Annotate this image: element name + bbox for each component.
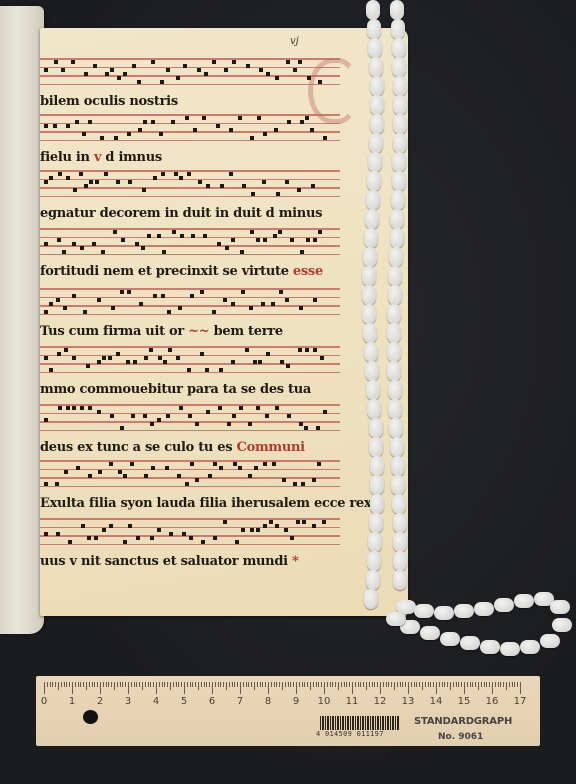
square-note: [302, 520, 306, 524]
square-note: [104, 172, 108, 176]
square-note: [193, 128, 197, 132]
square-note: [313, 298, 317, 302]
square-note: [110, 68, 114, 72]
square-note: [71, 60, 75, 64]
square-note: [126, 360, 130, 364]
ruler-tick: [422, 682, 423, 690]
square-note: [191, 234, 195, 238]
square-note: [233, 462, 237, 466]
ruler-tick: [307, 682, 308, 687]
bead: [393, 114, 407, 134]
ruler-tick: [260, 682, 261, 687]
bead: [393, 95, 407, 115]
square-note: [171, 120, 175, 124]
square-note: [304, 426, 308, 430]
ruler-tick: [164, 682, 165, 687]
square-note: [64, 348, 68, 352]
square-note: [263, 132, 267, 136]
square-note: [250, 136, 254, 140]
ruler-tick: [173, 682, 174, 687]
square-note: [100, 136, 104, 140]
square-note: [144, 474, 148, 478]
square-note: [182, 532, 186, 536]
square-note: [305, 116, 309, 120]
bead: [370, 475, 384, 495]
square-note: [80, 406, 84, 410]
ruler-tick: [386, 682, 387, 687]
ruler-tick: [209, 682, 210, 687]
bead: [391, 456, 405, 476]
square-note: [280, 360, 284, 364]
square-note: [141, 246, 145, 250]
ruler-number: 1: [69, 696, 75, 707]
ruler-tick: [55, 682, 56, 687]
square-note: [306, 238, 310, 242]
square-note: [185, 116, 189, 120]
square-note: [157, 234, 161, 238]
ruler-tick: [148, 682, 149, 687]
square-note: [153, 294, 157, 298]
square-note: [266, 352, 270, 356]
square-note: [94, 536, 98, 540]
lyric-text: fielu in: [40, 150, 90, 165]
bead: [370, 456, 384, 476]
ruler-tick: [388, 682, 389, 687]
square-note: [301, 482, 305, 486]
ruler-tick: [453, 682, 454, 687]
bead: [367, 171, 381, 191]
bead: [414, 604, 434, 618]
square-note: [185, 482, 189, 486]
square-note: [254, 466, 258, 470]
square-note: [44, 310, 48, 314]
ruler-tick: [134, 682, 135, 687]
square-note: [116, 352, 120, 356]
bead: [367, 19, 381, 39]
square-note: [220, 184, 224, 188]
ruler-tick: [265, 682, 266, 687]
ruler-tick: [61, 682, 62, 687]
square-note: [229, 128, 233, 132]
square-note: [231, 302, 235, 306]
bead: [393, 570, 407, 590]
ruler-number: 14: [430, 696, 443, 707]
neumes: [40, 518, 340, 548]
ruler-tick: [514, 682, 515, 687]
ruler-tick: [288, 682, 289, 687]
ruler-tick: [394, 682, 395, 690]
ruler-tick: [414, 682, 415, 687]
ruler-tick: [352, 682, 353, 694]
square-note: [120, 290, 124, 294]
square-note: [293, 68, 297, 72]
ruler-tick: [369, 682, 370, 687]
bead: [370, 95, 384, 115]
square-note: [84, 184, 88, 188]
square-note: [66, 176, 70, 180]
square-note: [208, 474, 212, 478]
square-note: [311, 184, 315, 188]
lyric-tail: bem terre: [209, 324, 282, 339]
bead: [369, 133, 383, 153]
ruler-number: 4: [153, 696, 159, 707]
square-note: [82, 132, 86, 136]
square-note: [58, 406, 62, 410]
square-note: [216, 124, 220, 128]
square-note: [123, 72, 127, 76]
bead: [393, 513, 407, 533]
lyric-text: egnatur decorem in: [40, 206, 178, 221]
square-note: [68, 540, 72, 544]
square-note: [197, 68, 201, 72]
square-note: [313, 238, 317, 242]
square-note: [92, 242, 96, 246]
square-note: [166, 414, 170, 418]
ruler-tick: [212, 682, 213, 694]
ruler-tick: [103, 682, 104, 687]
bead: [392, 57, 406, 77]
square-note: [174, 172, 178, 176]
square-note: [305, 348, 309, 352]
bead: [368, 38, 382, 58]
square-note: [143, 414, 147, 418]
square-note: [117, 76, 121, 80]
square-note: [54, 60, 58, 64]
square-note: [269, 520, 273, 524]
ruler-tick: [195, 682, 196, 687]
square-note: [176, 76, 180, 80]
square-note: [229, 172, 233, 176]
barcode: [320, 716, 400, 730]
ruler-tick: [344, 682, 345, 687]
square-note: [310, 128, 314, 132]
ruler-tick: [341, 682, 342, 687]
ruler-tick: [251, 682, 252, 687]
square-note: [176, 356, 180, 360]
staff-system: [40, 404, 340, 438]
square-note: [157, 528, 161, 532]
square-note: [142, 188, 146, 192]
ruler-tick: [470, 682, 471, 687]
square-note: [232, 60, 236, 64]
ruler-tick: [436, 682, 437, 694]
square-note: [163, 360, 167, 364]
ruler-tick: [411, 682, 412, 687]
ruler-tick: [304, 682, 305, 687]
square-note: [159, 132, 163, 136]
square-note: [316, 426, 320, 430]
square-note: [213, 536, 217, 540]
staff-system: [40, 114, 340, 148]
ruler-tick: [192, 682, 193, 687]
ruler-number: 16: [486, 696, 499, 707]
square-note: [160, 80, 164, 84]
square-note: [250, 528, 254, 532]
square-note: [137, 80, 141, 84]
ruler-tick: [450, 682, 451, 690]
lyric-line: fortitudi nem et precinxit se virtute es…: [40, 264, 340, 279]
ruler-tick: [226, 682, 227, 690]
ruler-tick: [111, 682, 112, 687]
square-note: [161, 172, 165, 176]
square-note: [97, 410, 101, 414]
square-note: [206, 410, 210, 414]
bead: [369, 418, 383, 438]
ruler-tick: [439, 682, 440, 687]
ruler-tick: [402, 682, 403, 687]
lyric-line: mmo commouebitur para ta se des tua: [40, 382, 340, 397]
lyric-tail: duit in duit d minus: [178, 206, 322, 221]
ruler-number: 15: [458, 696, 471, 707]
square-note: [81, 524, 85, 528]
square-note: [44, 356, 48, 360]
square-note: [183, 64, 187, 68]
ruler-tick: [296, 682, 297, 694]
ruler-tick: [66, 682, 67, 687]
square-note: [297, 188, 301, 192]
ruler-number: 0: [41, 696, 47, 707]
square-note: [300, 120, 304, 124]
square-note: [299, 306, 303, 310]
ruler-tick: [83, 682, 84, 687]
bead: [392, 171, 406, 191]
neumes: [40, 404, 340, 434]
ruler-tick: [156, 682, 157, 694]
bead: [387, 323, 401, 343]
square-note: [167, 310, 171, 314]
bead: [390, 437, 404, 457]
ruler-tick: [257, 682, 258, 687]
bead: [390, 0, 404, 20]
bead: [387, 304, 401, 324]
square-note: [133, 360, 137, 364]
square-note: [323, 410, 327, 414]
square-note: [195, 422, 199, 426]
square-note: [200, 290, 204, 294]
bead: [362, 266, 376, 286]
ruler-tick: [500, 682, 501, 687]
square-note: [87, 536, 91, 540]
ruler-number: 6: [209, 696, 215, 707]
ruler-tick: [360, 682, 361, 687]
square-note: [98, 470, 102, 474]
square-note: [249, 306, 253, 310]
square-note: [84, 72, 88, 76]
square-note: [290, 238, 294, 242]
square-note: [138, 128, 142, 132]
square-note: [89, 180, 93, 184]
square-note: [136, 536, 140, 540]
ruler-tick: [220, 682, 221, 687]
bead: [365, 209, 379, 229]
square-note: [238, 116, 242, 120]
ruler-tick: [215, 682, 216, 687]
square-note: [113, 230, 117, 234]
staff-system: [40, 170, 340, 204]
ruler-ticks: [44, 682, 524, 696]
lyric-text: Tus cum firma uit or: [40, 324, 184, 339]
square-note: [116, 180, 120, 184]
square-note: [88, 474, 92, 478]
square-note: [44, 532, 48, 536]
bead: [388, 399, 402, 419]
ruler-tick: [72, 682, 73, 694]
square-note: [75, 120, 79, 124]
ruler-tick: [122, 682, 123, 687]
square-note: [180, 234, 184, 238]
ruler-number: 3: [125, 696, 131, 707]
bead: [367, 399, 381, 419]
bead: [393, 551, 407, 571]
square-note: [188, 414, 192, 418]
bead: [393, 532, 407, 552]
square-note: [44, 68, 48, 72]
square-note: [144, 356, 148, 360]
lyric-line: deus ex tunc a se culo tu es Communi: [40, 440, 340, 455]
neumes: [40, 114, 340, 144]
ruler-tick: [478, 682, 479, 690]
ruler-tick: [332, 682, 333, 687]
square-note: [256, 238, 260, 242]
square-note: [245, 348, 249, 352]
ruler-tick: [293, 682, 294, 687]
ruler-tick: [153, 682, 154, 687]
square-note: [217, 242, 221, 246]
square-note: [279, 290, 283, 294]
lyric-text: uus v nit sanctus et saluator mundi: [40, 554, 288, 569]
square-note: [287, 414, 291, 418]
bead: [460, 636, 480, 650]
bead: [480, 640, 500, 654]
ruler-tick: [178, 682, 179, 687]
square-note: [58, 172, 62, 176]
square-note: [79, 172, 83, 176]
scale-ruler: 01234567891011121314151617 4 014509 0111…: [36, 676, 540, 746]
staff-system: [40, 228, 340, 262]
ruler-tick: [97, 682, 98, 687]
square-note: [72, 242, 76, 246]
square-note: [120, 426, 124, 430]
square-note: [64, 470, 68, 474]
square-note: [322, 520, 326, 524]
square-note: [263, 524, 267, 528]
bead: [454, 604, 474, 618]
bead: [520, 640, 540, 654]
ruler-tick: [108, 682, 109, 687]
ruler-tick: [52, 682, 53, 687]
square-note: [298, 348, 302, 352]
ruler-tick: [240, 682, 241, 694]
ruler-tick: [69, 682, 70, 687]
ruler-tick: [246, 682, 247, 687]
ruler-tick: [117, 682, 118, 687]
square-note: [123, 474, 127, 478]
ruler-tick: [484, 682, 485, 687]
manuscript-page: vj bilem oculis nostrisfielu in v d imnu…: [40, 28, 408, 616]
ruler-tick: [520, 682, 521, 694]
square-note: [318, 230, 322, 234]
ruler-tick: [495, 682, 496, 687]
square-note: [287, 120, 291, 124]
square-note: [73, 188, 77, 192]
rubric: *: [288, 554, 299, 569]
square-note: [189, 536, 193, 540]
ruler-number: 7: [237, 696, 243, 707]
folio-mark: vj: [290, 36, 299, 47]
square-note: [128, 180, 132, 184]
ruler-tick: [467, 682, 468, 687]
square-note: [53, 124, 57, 128]
ruler-tick: [75, 682, 76, 687]
neumes: [40, 346, 340, 376]
ruler-tick: [262, 682, 263, 687]
ruler-tick: [198, 682, 199, 690]
square-note: [272, 462, 276, 466]
ruler-tick: [346, 682, 347, 687]
square-note: [93, 64, 97, 68]
bead: [366, 380, 380, 400]
bead: [391, 19, 405, 39]
square-note: [56, 532, 60, 536]
ruler-tick: [170, 682, 171, 690]
ruler-number: 8: [265, 696, 271, 707]
lyric-line: fielu in v d imnus: [40, 150, 340, 165]
staff-system: [40, 288, 340, 322]
rubric: v: [90, 150, 101, 165]
square-note: [108, 356, 112, 360]
ruler-tick: [327, 682, 328, 687]
square-note: [241, 290, 245, 294]
ruler-tick: [279, 682, 280, 687]
square-note: [72, 356, 76, 360]
square-note: [109, 462, 113, 466]
ruler-tick: [310, 682, 311, 690]
square-note: [166, 68, 170, 72]
neumes: [40, 460, 340, 490]
square-note: [257, 116, 261, 120]
square-note: [162, 250, 166, 254]
square-note: [49, 302, 53, 306]
bead: [388, 285, 402, 305]
bead: [420, 626, 440, 640]
square-note: [275, 406, 279, 410]
ruler-tick: [456, 682, 457, 687]
ruler-tick: [492, 682, 493, 694]
square-note: [135, 242, 139, 246]
square-note: [263, 238, 267, 242]
square-note: [86, 364, 90, 368]
bead: [440, 632, 460, 646]
square-note: [62, 250, 66, 254]
bead: [392, 38, 406, 58]
ruler-tick: [324, 682, 325, 694]
bead: [363, 247, 377, 267]
square-note: [320, 356, 324, 360]
ruler-number: 5: [181, 696, 187, 707]
ruler-tick: [201, 682, 202, 687]
square-note: [44, 418, 48, 422]
square-note: [263, 462, 267, 466]
bead: [366, 190, 380, 210]
ruler-tick: [391, 682, 392, 687]
lyric-text: deus ex tunc a se culo tu es: [40, 440, 232, 455]
ruler-tick: [377, 682, 378, 687]
square-note: [161, 294, 165, 298]
ruler-tick: [318, 682, 319, 687]
bead: [393, 76, 407, 96]
square-note: [223, 298, 227, 302]
square-note: [151, 120, 155, 124]
